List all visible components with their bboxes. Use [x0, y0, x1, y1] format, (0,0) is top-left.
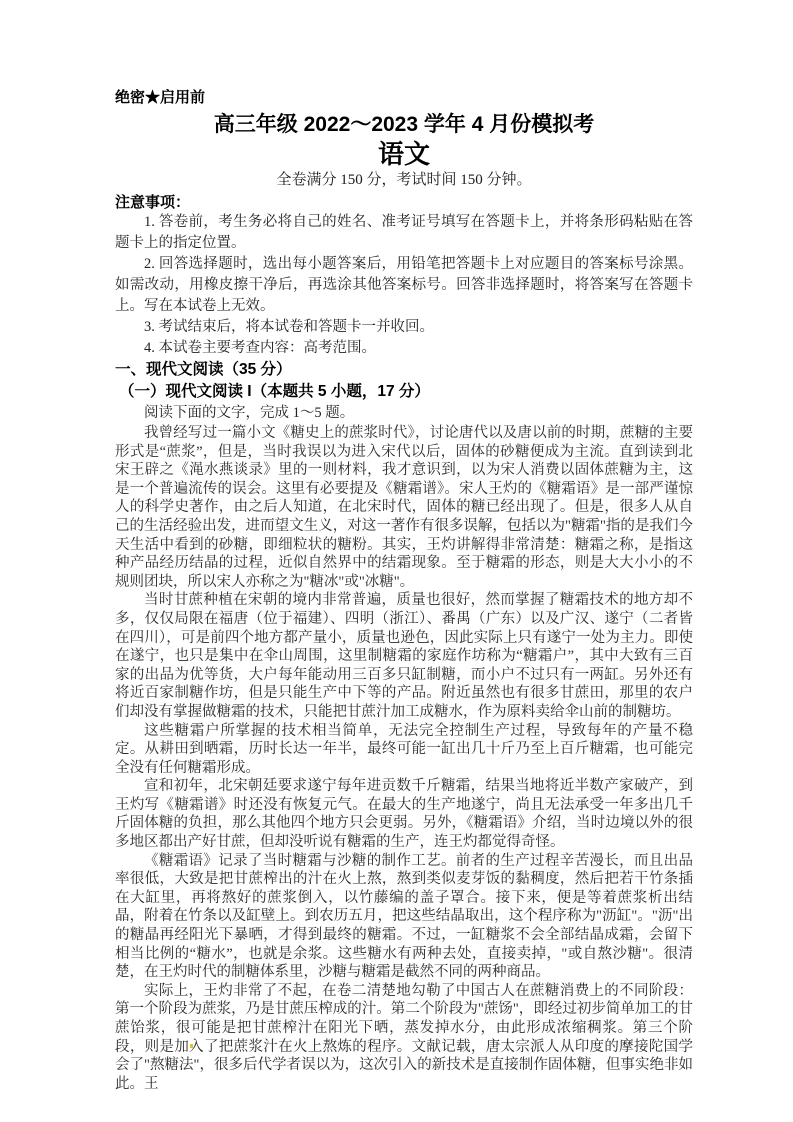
passage-paragraph-1: 我曾经写过一篇小文《糖史上的蔗浆时代》，讨论唐代以及唐以前的时期，蔗糖的主要形式…	[115, 424, 693, 591]
scan-artifact-dot	[190, 1044, 193, 1048]
reading-passage: 我曾经写过一篇小文《糖史上的蔗浆时代》，讨论唐代以及唐以前的时期，蔗糖的主要形式…	[115, 424, 693, 1093]
notice-heading: 注意事项：	[115, 193, 693, 212]
notice-item-1: 1. 答卷前，考生务必将自己的姓名、准考证号填写在答题卡上，并将条形码粘贴在答题…	[115, 212, 693, 254]
passage-paragraph-3: 这些糖霜户所掌握的技术相当简单，无法完全控制生产过程，导致每年的产量不稳定。从耕…	[115, 722, 693, 778]
classification-label: 绝密★启用前	[115, 89, 693, 107]
page-content: 绝密★启用前 高三年级 2022～2023 学年 4 月份模拟考 语文 全卷满分…	[115, 89, 693, 1093]
notice-list: 1. 答卷前，考生务必将自己的姓名、准考证号填写在答题卡上，并将条形码粘贴在答题…	[115, 212, 693, 359]
subject-title: 语文	[115, 139, 693, 169]
passage-paragraph-5: 《糖霜语》记录了当时糖霜与沙糖的制作工艺。前者的生产过程辛苦漫长，而且出品率很低…	[115, 852, 693, 982]
passage-paragraph-2: 当时甘蔗种植在宋朝的境内非常普遍，质量也很好，然而掌握了糖霜技术的地方却不多，仅…	[115, 591, 693, 721]
subsection-heading-reading-1: （一）现代文阅读 I（本题共 5 小题，17 分）	[115, 381, 693, 403]
passage-paragraph-6: 实际上，王灼非常了不起，在卷二清楚地勾勒了中国古人在蔗糖消费上的不同阶段：第一个…	[115, 982, 693, 1094]
section-heading-modern-reading: 一、现代文阅读（35 分）	[115, 359, 693, 381]
reading-instruction: 阅读下面的文字，完成 1～5 题。	[115, 403, 693, 424]
notice-item-4: 4. 本试卷主要考查内容：高考范围。	[115, 338, 693, 359]
passage-paragraph-4: 宣和初年，北宋朝廷要求遂宁每年进贡数千斤糖霜，结果当地将近半数产家破产，到王灼写…	[115, 777, 693, 851]
exam-info-line: 全卷满分 150 分，考试时间 150 分钟。	[115, 170, 693, 190]
exam-title: 高三年级 2022～2023 学年 4 月份模拟考	[115, 112, 693, 138]
notice-item-3: 3. 考试结束后，将本试卷和答题卡一并收回。	[115, 317, 693, 338]
notice-item-2: 2. 回答选择题时，选出每小题答案后，用铅笔把答题卡上对应题目的答案标号涂黑。如…	[115, 254, 693, 317]
exam-paper-page: 绝密★启用前 高三年级 2022～2023 学年 4 月份模拟考 语文 全卷满分…	[0, 0, 793, 1122]
